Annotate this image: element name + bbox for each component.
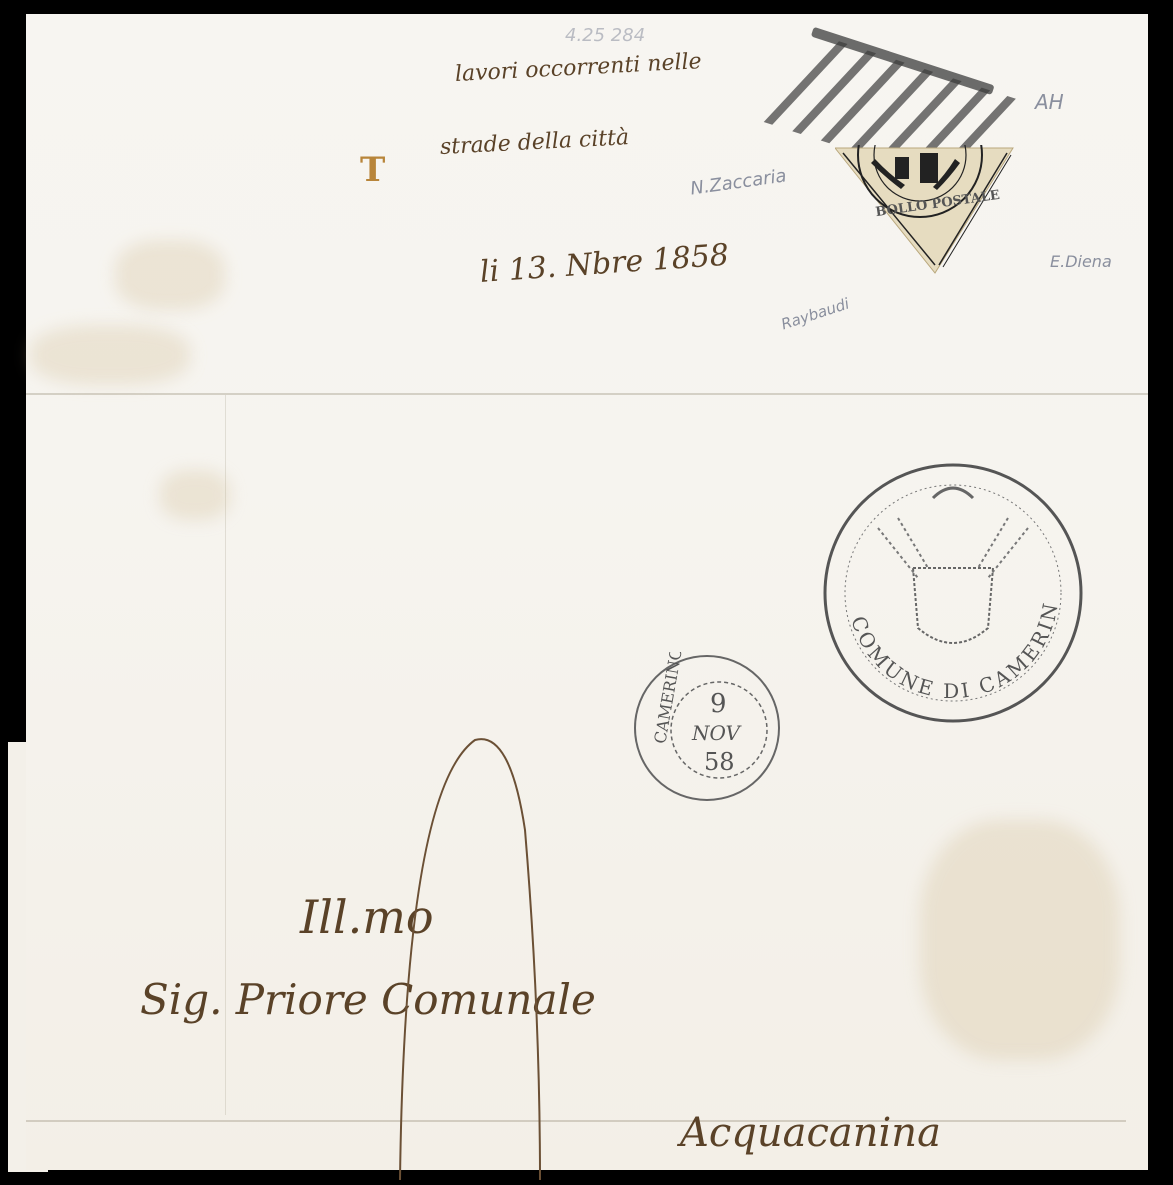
stain-right	[920, 820, 1120, 1060]
pencil-initials: AH	[1035, 90, 1064, 114]
date-postmark: CAMERINO 9 NOV 58	[622, 652, 792, 802]
pencil-numbers: 4.25 284	[565, 25, 645, 46]
pencil-signature-diena: E.Diena	[1050, 252, 1112, 271]
svg-text:CAMERINO: CAMERINO	[650, 652, 686, 745]
stamp-bisect: BOLLO POSTALE	[835, 145, 1015, 275]
stain-mid	[160, 470, 230, 520]
fold-line-upper	[26, 393, 1148, 395]
address-place: Acquacanina	[680, 1110, 941, 1156]
address-flourish	[380, 710, 580, 1185]
municipal-seal: COMUNE DI CAMERINO	[818, 458, 1088, 728]
svg-text:COMUNE DI CAMERINO: COMUNE DI CAMERINO	[818, 458, 1063, 703]
stain-left-2	[30, 325, 190, 385]
red-tax-mark: T	[360, 150, 385, 190]
svg-text:NOV: NOV	[691, 721, 743, 745]
svg-text:58: 58	[704, 748, 735, 776]
stain-left	[115, 240, 225, 310]
svg-text:9: 9	[710, 689, 727, 719]
